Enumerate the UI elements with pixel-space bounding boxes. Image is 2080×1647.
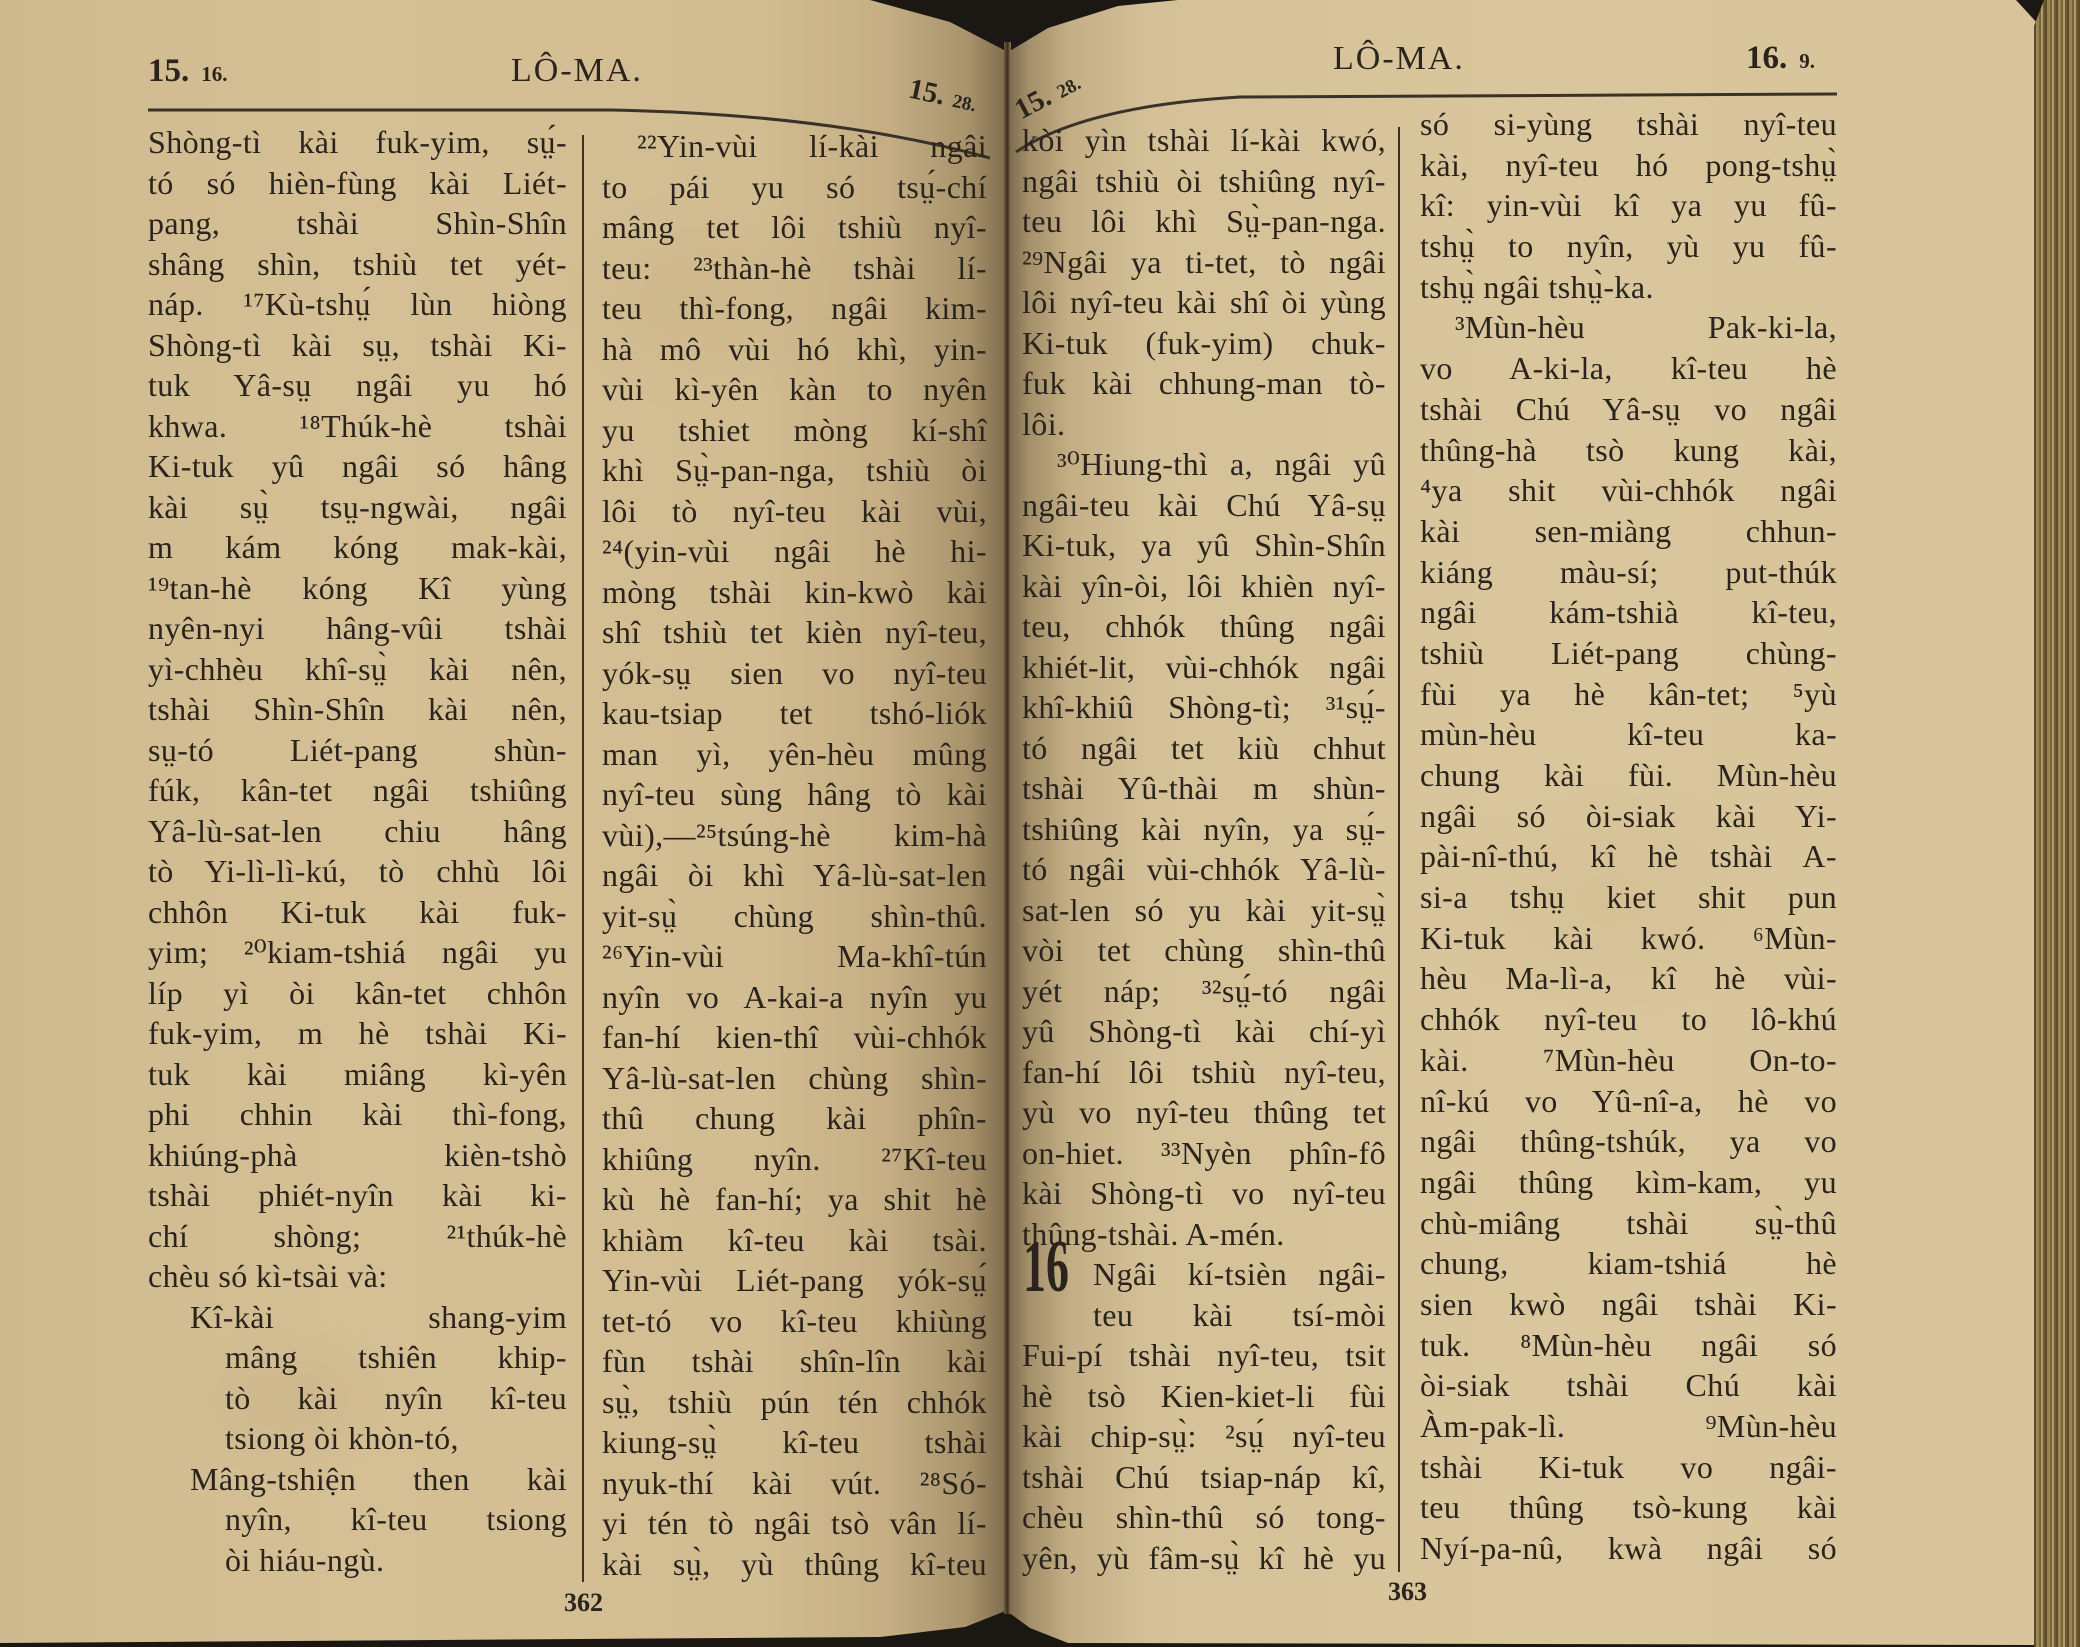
text-line: kài Shòng-tì vo nyî-teu [1022, 1173, 1386, 1214]
text-line: ²⁹Ngâi ya ti-tet, tò ngâi [1022, 242, 1386, 283]
line-text: só si-yùng tshài nyî-teu [1420, 106, 1837, 142]
line-text: náp. ¹⁷Kù-tshṳ́ lùn hiòng [148, 286, 567, 322]
page-number-right: 363 [1388, 1579, 1427, 1605]
text-line: fuk kài chhung-man tò- [1022, 363, 1386, 404]
text-line: shâng shìn, tshiù tet yét- [148, 244, 567, 285]
line-text: ngâi òi khì Yâ-lù-sat-len [602, 857, 987, 893]
text-line: ngâi thûng-tshúk, ya vo [1420, 1121, 1837, 1162]
line-text: Yâ-lù-sat-len chiu hâng [148, 813, 567, 849]
text-line: khiàm kî-teu kài tsài. [602, 1220, 987, 1261]
line-text: yên, yù fâm-sṳ̀ kî hè yu [1022, 1540, 1386, 1576]
text-line: tshài phiét-nyîn kài ki- [148, 1175, 567, 1216]
line-text: khwa. ¹⁸Thúk-hè tshài [148, 408, 567, 444]
line-text: teu thûng tsò-kung kài [1420, 1489, 1837, 1525]
line-text: shî tshiù tet kièn nyî-teu, [602, 614, 987, 650]
text-column-left-page-1: Shòng-tì kài fuk-yim, sṳ́-tó só hièn-fùn… [148, 122, 567, 1580]
text-line: kài yîn-òi, lôi khièn nyî- [1022, 566, 1386, 607]
line-text: Yâ-lù-sat-len chùng shìn- [602, 1060, 987, 1096]
header-range-start: 15. 16. [148, 55, 228, 88]
text-line: fan-hí kien-thî vùi-chhók [602, 1017, 987, 1058]
text-line: ⁴ya shit vùi-chhók ngâi [1420, 470, 1837, 511]
text-line: teu kài tsí-mòi [1022, 1295, 1386, 1336]
line-text: tó ngâi tet kiù chhut [1022, 730, 1386, 766]
text-line: lôi tò nyî-teu kài vùi, [602, 491, 987, 532]
header-end-chapter: 15. [906, 75, 947, 111]
text-line: hè tsò Kien-kiet-li fùi [1022, 1376, 1386, 1417]
text-line: kòi yìn tshài lí-kài kwó, [1022, 120, 1386, 161]
line-text: kiung-sṳ̀ kî-teu tshài [602, 1424, 987, 1460]
text-line: sṳ-tó Liét-pang shùn- [148, 730, 567, 771]
text-line: só si-yùng tshài nyî-teu [1420, 104, 1837, 145]
line-text: tshài Ki-tuk vo ngâi- [1420, 1449, 1837, 1485]
line-text: thûng-hà tsò kung kài, [1420, 432, 1837, 468]
line-text: kài sṳ̀ tsṳ-ngwài, ngâi [148, 489, 567, 525]
text-line: kài, nyî-teu hó pong-tshṳ̀ [1420, 145, 1837, 186]
line-text: ²⁹Ngâi ya ti-tet, tò ngâi [1022, 244, 1386, 280]
text-line: kau-tsiap tet tshó-liók [602, 693, 987, 734]
text-line: Ki-tuk, ya yû Shìn-Shîn [1022, 525, 1386, 566]
line-text: mâng tshiên khip- [225, 1339, 567, 1375]
line-text: fan-hí lôi tshiù nyî-teu, [1022, 1054, 1386, 1090]
line-text: Nyí-pa-nû, kwà ngâi só [1420, 1530, 1837, 1566]
text-line: náp. ¹⁷Kù-tshṳ́ lùn hiòng [148, 284, 567, 325]
line-text: ³Mùn-hèu Pak-ki-la, [1455, 309, 1837, 345]
line-text: fuk-yim, m hè tshài Ki- [148, 1015, 567, 1051]
text-line: chèu só kì-tsài và: [148, 1256, 567, 1297]
text-line: to pái yu só tsṳ́-chí [602, 167, 987, 208]
line-text: kî: yin-vùi kî ya yu fû- [1420, 187, 1837, 223]
text-line: ngâi-teu kài Chú Yâ-sṳ [1022, 485, 1386, 526]
line-text: tuk Yâ-sṳ ngâi yu hó [148, 367, 567, 403]
text-line: tsiong òi khòn-tó, [148, 1418, 567, 1459]
line-text: nyên-nyi hâng-vûi tshài [148, 610, 567, 646]
line-text: chhôn Ki-tuk kài fuk- [148, 894, 567, 930]
line-text: ngâi-teu kài Chú Yâ-sṳ [1022, 487, 1386, 523]
text-line: mâng tet lôi tshiù nyî- [602, 207, 987, 248]
line-text: kiáng màu-sí; put-thúk [1420, 554, 1837, 590]
line-text: sat-len só yu kài yit-sṳ̀ [1022, 892, 1386, 928]
line-text: fan-hí kien-thî vùi-chhók [602, 1019, 987, 1055]
column-rule [1398, 127, 1400, 1572]
line-text: tsiong òi khòn-tó, [225, 1420, 459, 1456]
line-text: yét náp; ³²sṳ́-tó ngâi [1022, 973, 1386, 1009]
line-text: tuk kài miâng kì-yên [148, 1056, 567, 1092]
line-text: yók-sṳ sien vo nyî-teu [602, 655, 987, 691]
line-text: kài yîn-òi, lôi khièn nyî- [1022, 568, 1386, 604]
chapter-number-drop-cap: 16 [1023, 1230, 1069, 1304]
text-line: yét náp; ³²sṳ́-tó ngâi [1022, 971, 1386, 1012]
text-line: nyîn, kî-teu tsiong [148, 1499, 567, 1540]
line-text: tò Yi-lì-lì-kú, tò chhù lôi [148, 853, 567, 889]
text-line: òi hiáu-ngù. [148, 1540, 567, 1581]
line-text: Kî-kài shang-yim [190, 1299, 567, 1335]
line-text: to pái yu só tsṳ́-chí [602, 169, 987, 205]
line-text: yù vo nyî-teu thûng tet [1022, 1094, 1386, 1130]
line-text: tshiù Liét-pang chùng- [1420, 635, 1837, 671]
line-text: kài sṳ̀, yù thûng kî-teu [602, 1546, 987, 1582]
line-text: nî-kú vo Yû-nî-a, hè vo [1420, 1083, 1837, 1119]
text-line: thû chung kài phîn- [602, 1098, 987, 1139]
text-line: khiét-lit, vùi-chhók ngâi [1022, 647, 1386, 688]
line-text: nyuk-thí kài vút. ²⁸Só- [602, 1465, 987, 1501]
line-text: lôi nyî-teu kài shî òi yùng [1022, 284, 1386, 320]
text-line: tshiù Liét-pang chùng- [1420, 633, 1837, 674]
line-text: òi hiáu-ngù. [225, 1542, 384, 1578]
text-line: man yì, yên-hèu mûng [602, 734, 987, 775]
text-line: sien kwò ngâi tshài Ki- [1420, 1284, 1837, 1325]
text-line: vùi),—²⁵tsúng-hè kim-hà [602, 815, 987, 856]
text-line: khî-khiû Shòng-tì; ³¹sṳ́- [1022, 687, 1386, 728]
line-text: tó só hièn-fùng kài Liét- [148, 165, 567, 201]
line-text: chèu só kì-tsài và: [148, 1258, 388, 1294]
line-text: yim; ²⁰kiam-tshiá ngâi yu [148, 934, 567, 970]
line-text: man yì, yên-hèu mûng [602, 736, 987, 772]
line-text: Ki-tuk, ya yû Shìn-Shîn [1022, 527, 1386, 563]
header-start-chapter: 15. [148, 55, 189, 88]
text-line: teu lôi khì Sṳ̀-pan-nga. [1022, 201, 1386, 242]
line-text: ngâi só òi-siak kài Yi- [1420, 798, 1837, 834]
text-line: Ki-tuk yû ngâi só hâng [148, 446, 567, 487]
text-line: tshṳ̀ to nyîn, yù yu fû- [1420, 226, 1837, 267]
text-line: vùi kì-yên kàn to nyên [602, 369, 987, 410]
text-line: tò kài nyîn kî-teu [148, 1378, 567, 1419]
line-text: ngâi thûng kìm-kam, yu [1420, 1164, 1837, 1200]
text-line: nyî-teu sùng hâng tò kài [602, 774, 987, 815]
line-text: mòng tshài kin-kwò kài [602, 574, 987, 610]
line-text: Fui-pí tshài nyî-teu, tsit [1022, 1337, 1386, 1373]
line-text: Yin-vùi Liét-pang yók-sṳ́ [602, 1262, 987, 1298]
line-text: hèu Ma-lì-a, kî hè vùi- [1420, 960, 1837, 996]
text-line: phi chhin kài thì-fong, [148, 1094, 567, 1135]
text-line: Shòng-tì kài sṳ, tshài Ki- [148, 325, 567, 366]
line-text: teu kài tsí-mòi [1093, 1297, 1386, 1333]
line-text: phi chhin kài thì-fong, [148, 1096, 567, 1132]
line-text: ²⁴(yin-vùi ngâi hè hi- [602, 533, 987, 569]
line-text: khiàm kî-teu kài tsài. [602, 1222, 987, 1258]
text-line: líp yì òi kân-tet chhôn [148, 973, 567, 1014]
text-line: ngâi tshiù òi tshiûng nyî- [1022, 161, 1386, 202]
line-text: ngâi kám-tshià kî-teu, [1420, 594, 1837, 630]
text-line: kài sṳ̀ tsṳ-ngwài, ngâi [148, 487, 567, 528]
text-column-right-page-2: só si-yùng tshài nyî-teukài, nyî-teu hó … [1420, 104, 1837, 1569]
line-text: kài sen-miàng chhun- [1420, 513, 1837, 549]
line-text: kù hè fan-hí; ya shit hè [602, 1181, 987, 1217]
text-line: Àm-pak-lì. ⁹Mùn-hèu [1420, 1406, 1837, 1447]
line-text: sṳ-tó Liét-pang shùn- [148, 732, 567, 768]
line-text: khiúng-phà kièn-tshò [148, 1137, 567, 1173]
text-line: yù vo nyî-teu thûng tet [1022, 1092, 1386, 1133]
text-line: ²⁴(yin-vùi ngâi hè hi- [602, 531, 987, 572]
line-text: hà mô vùi hó khì, yin- [602, 331, 987, 367]
text-line: chí shòng; ²¹thúk-hè [148, 1216, 567, 1257]
text-line: hà mô vùi hó khì, yin- [602, 329, 987, 370]
line-text: Ki-tuk kài kwó. ⁶Mùn- [1420, 920, 1837, 956]
text-line: yû Shòng-tì kài chí-yì [1022, 1011, 1386, 1052]
line-text: chung kài fùi. Mùn-hèu [1420, 757, 1837, 793]
line-text: líp yì òi kân-tet chhôn [148, 975, 567, 1011]
line-text: m kám kóng mak-kài, [148, 529, 567, 565]
line-text: nyîn vo A-kai-a nyîn yu [602, 979, 987, 1015]
line-text: Ngâi kí-tsièn ngâi- [1093, 1256, 1386, 1292]
line-text: lôi tò nyî-teu kài vùi, [602, 493, 987, 529]
text-line: tò Yi-lì-lì-kú, tò chhù lôi [148, 851, 567, 892]
line-text: thû chung kài phîn- [602, 1100, 987, 1136]
text-line: kài sen-miàng chhun- [1420, 511, 1837, 552]
text-line: sṳ̀, tshiù pún tén chhók [602, 1382, 987, 1423]
text-line: lôi. [1022, 404, 1386, 445]
text-line: kài sṳ̀, yù thûng kî-teu [602, 1544, 987, 1585]
text-line: yit-sṳ̀ chùng shìn-thû. [602, 896, 987, 937]
line-text: tshài Chú Yâ-sṳ vo ngâi [1420, 391, 1837, 427]
text-line: fúk, kân-tet ngâi tshiûng [148, 770, 567, 811]
line-text: tshài Yû-thài m shùn- [1022, 770, 1386, 806]
line-text: tet-tó vo kî-teu khiùng [602, 1303, 987, 1339]
text-line: tshài Ki-tuk vo ngâi- [1420, 1447, 1837, 1488]
line-text: teu lôi khì Sṳ̀-pan-nga. [1022, 203, 1386, 239]
text-line: tuk kài miâng kì-yên [148, 1054, 567, 1095]
line-text: tshài Chú tsiap-náp kî, [1022, 1459, 1386, 1495]
line-text: chèu shìn-thû só tong- [1022, 1499, 1386, 1535]
line-text: nyîn, kî-teu tsiong [225, 1501, 567, 1537]
text-line: mâng tshiên khip- [148, 1337, 567, 1378]
text-line: yi tén tò ngâi tsò vân lí- [602, 1503, 987, 1544]
text-line: tet-tó vo kî-teu khiùng [602, 1301, 987, 1342]
text-line: pang, tshài Shìn-Shîn [148, 203, 567, 244]
line-text: tshiûng kài nyîn, ya sṳ́- [1022, 811, 1386, 847]
text-line: khì Sṳ̀-pan-nga, tshiù òi [602, 450, 987, 491]
text-column-left-page-2: ²²Yin-vùi lí-kài ngâito pái yu só tsṳ́-c… [602, 126, 987, 1584]
text-line: Yâ-lù-sat-len chùng shìn- [602, 1058, 987, 1099]
text-line: ¹⁹tan-hè kóng Kî yùng [148, 568, 567, 609]
text-line: chung, kiam-tshiá hè [1420, 1243, 1837, 1284]
text-line: thûng-tshài. A-mén. [1022, 1214, 1386, 1255]
text-line: lôi nyî-teu kài shî òi yùng [1022, 282, 1386, 323]
header-end-verse: 9. [1799, 51, 1815, 72]
text-line: kiáng màu-sí; put-thúk [1420, 552, 1837, 593]
line-text: ngâi thûng-tshúk, ya vo [1420, 1123, 1837, 1159]
line-text: nyî-teu sùng hâng tò kài [602, 776, 987, 812]
text-line: chhók nyî-teu to lô-khú [1420, 999, 1837, 1040]
text-line: Shòng-tì kài fuk-yim, sṳ́- [148, 122, 567, 163]
text-line: Yin-vùi Liét-pang yók-sṳ́ [602, 1260, 987, 1301]
line-text: Shòng-tì kài sṳ, tshài Ki- [148, 327, 567, 363]
line-text: ²²Yin-vùi lí-kài ngâi [637, 128, 987, 164]
line-text: pang, tshài Shìn-Shîn [148, 205, 567, 241]
text-line: kài chip-sṳ̀: ²sṳ́ nyî-teu [1022, 1416, 1386, 1457]
line-text: yit-sṳ̀ chùng shìn-thû. [602, 898, 987, 934]
text-line: mùn-hèu kî-teu ka- [1420, 714, 1837, 755]
line-text: kài chip-sṳ̀: ²sṳ́ nyî-teu [1022, 1418, 1386, 1454]
line-text: fùi ya hè kân-tet; ⁵yù [1420, 676, 1837, 712]
text-line: Ki-tuk (fuk-yim) chuk- [1022, 323, 1386, 364]
line-text: Mâng-tshiện then kài [190, 1461, 567, 1497]
text-line: chhôn Ki-tuk kài fuk- [148, 892, 567, 933]
line-text: kài. ⁷Mùn-hèu On-to- [1420, 1042, 1837, 1078]
text-line: sat-len só yu kài yit-sṳ̀ [1022, 890, 1386, 931]
text-line: teu: ²³thàn-hè tshài lí- [602, 248, 987, 289]
text-line: nyuk-thí kài vút. ²⁸Só- [602, 1463, 987, 1504]
header-end-chapter: 16. [1746, 42, 1787, 75]
text-line: teu, chhók thûng ngâi [1022, 606, 1386, 647]
text-line: fùn tshài shîn-lîn kài [602, 1341, 987, 1382]
text-line: fan-hí lôi tshiù nyî-teu, [1022, 1052, 1386, 1093]
text-line: tshài Yû-thài m shùn- [1022, 768, 1386, 809]
line-text: tshài phiét-nyîn kài ki- [148, 1177, 567, 1213]
line-text: kòi yìn tshài lí-kài kwó, [1022, 122, 1386, 158]
text-line: chèu shìn-thû só tong- [1022, 1497, 1386, 1538]
text-line: ngâi òi khì Yâ-lù-sat-len [602, 855, 987, 896]
text-line: tshṳ̀ ngâi tshṳ̀-ka. [1420, 267, 1837, 308]
text-line: yu tshiet mòng kí-shî [602, 410, 987, 451]
line-text: fúk, kân-tet ngâi tshiûng [148, 772, 567, 808]
text-line: mòng tshài kin-kwò kài [602, 572, 987, 613]
line-text: vo A-ki-la, kî-teu hè [1420, 350, 1837, 386]
text-line: teu thûng tsò-kung kài [1420, 1487, 1837, 1528]
line-text: Ki-tuk (fuk-yim) chuk- [1022, 325, 1386, 361]
text-line: Ki-tuk kài kwó. ⁶Mùn- [1420, 918, 1837, 959]
line-text: Ki-tuk yû ngâi só hâng [148, 448, 567, 484]
line-text: Àm-pak-lì. ⁹Mùn-hèu [1420, 1408, 1837, 1444]
text-line: teu thì-fong, ngâi kim- [602, 288, 987, 329]
text-line: tshiûng kài nyîn, ya sṳ́- [1022, 809, 1386, 850]
text-line: nyên-nyi hâng-vûi tshài [148, 608, 567, 649]
text-line: tó ngâi vùi-chhók Yâ-lù- [1022, 849, 1386, 890]
text-line: nî-kú vo Yû-nî-a, hè vo [1420, 1081, 1837, 1122]
line-text: ¹⁹tan-hè kóng Kî yùng [148, 570, 567, 606]
text-line: tshài Shìn-Shîn kài nên, [148, 689, 567, 730]
line-text: kài Shòng-tì vo nyî-teu [1022, 1175, 1386, 1211]
line-text: sṳ̀, tshiù pún tén chhók [602, 1384, 987, 1420]
line-text: fuk kài chhung-man tò- [1022, 365, 1386, 401]
text-line: ²⁶Yin-vùi Ma-khî-tún [602, 936, 987, 977]
text-line: kî: yin-vùi kî ya yu fû- [1420, 185, 1837, 226]
text-line: khwa. ¹⁸Thúk-hè tshài [148, 406, 567, 447]
text-line: Ngâi kí-tsièn ngâi- [1022, 1254, 1386, 1295]
line-text: tshài Shìn-Shîn kài nên, [148, 691, 567, 727]
header-start-verse: 16. [201, 64, 227, 85]
line-text: ngâi tshiù òi tshiûng nyî- [1022, 163, 1386, 199]
line-text: teu, chhók thûng ngâi [1022, 608, 1386, 644]
text-line: Fui-pí tshài nyî-teu, tsit [1022, 1335, 1386, 1376]
line-text: khì Sṳ̀-pan-nga, tshiù òi [602, 452, 987, 488]
text-line: hèu Ma-lì-a, kî hè vùi- [1420, 958, 1837, 999]
text-line: ³Mùn-hèu Pak-ki-la, [1420, 307, 1837, 348]
text-line: tó ngâi tet kiù chhut [1022, 728, 1386, 769]
text-line: Kî-kài shang-yim [148, 1297, 567, 1338]
text-line: vòi tet chùng shìn-thû [1022, 930, 1386, 971]
text-line: yì-chhèu khî-sṳ̀ kài nên, [148, 649, 567, 690]
page-title: LÔ-MA. [511, 54, 643, 88]
text-column-right-page-1: kòi yìn tshài lí-kài kwó,ngâi tshiù òi t… [1022, 120, 1386, 1578]
text-line: kài. ⁷Mùn-hèu On-to- [1420, 1040, 1837, 1081]
line-text: chù-miâng tshài sṳ̀-thû [1420, 1205, 1837, 1241]
line-text: sien kwò ngâi tshài Ki- [1420, 1286, 1837, 1322]
text-line: ngâi só òi-siak kài Yi- [1420, 796, 1837, 837]
line-text: mâng tet lôi tshiù nyî- [602, 209, 987, 245]
text-line: ²²Yin-vùi lí-kài ngâi [602, 126, 987, 167]
line-text: kau-tsiap tet tshó-liók [602, 695, 987, 731]
line-text: khiûng nyîn. ²⁷Kî-teu [602, 1141, 987, 1177]
text-line: pài-nî-thú, kî hè tshài A- [1420, 836, 1837, 877]
text-line: tshài Chú Yâ-sṳ vo ngâi [1420, 389, 1837, 430]
line-text: khî-khiû Shòng-tì; ³¹sṳ́- [1022, 689, 1386, 725]
book-spread: 15. 16. LÔ-MA. 15. 28. 15. 28. LÔ-MA. 16… [0, 0, 2080, 1647]
line-text: ³⁰Hiung-thì a, ngâi yû [1057, 446, 1386, 482]
text-line: nyîn vo A-kai-a nyîn yu [602, 977, 987, 1018]
text-line: fuk-yim, m hè tshài Ki- [148, 1013, 567, 1054]
text-line: tshài Chú tsiap-náp kî, [1022, 1457, 1386, 1498]
line-text: on-hiet. ³³Nyèn phîn-fô [1022, 1135, 1386, 1171]
line-text: Shòng-tì kài fuk-yim, sṳ́- [148, 124, 567, 160]
text-line: yók-sṳ sien vo nyî-teu [602, 653, 987, 694]
line-text: shâng shìn, tshiù tet yét- [148, 246, 567, 282]
line-text: mùn-hèu kî-teu ka- [1420, 716, 1837, 752]
line-text: ²⁶Yin-vùi Ma-khî-tún [602, 938, 987, 974]
line-text: chung, kiam-tshiá hè [1420, 1245, 1837, 1281]
line-text: yi tén tò ngâi tsò vân lí- [602, 1505, 987, 1541]
text-line: si-a tshṳ kiet shit pun [1420, 877, 1837, 918]
text-line: khiúng-phà kièn-tshò [148, 1135, 567, 1176]
line-text: hè tsò Kien-kiet-li fùi [1022, 1378, 1386, 1414]
line-text: tò kài nyîn kî-teu [225, 1380, 567, 1416]
line-text: pài-nî-thú, kî hè tshài A- [1420, 838, 1837, 874]
text-line: thûng-hà tsò kung kài, [1420, 430, 1837, 471]
text-line: tó só hièn-fùng kài Liét- [148, 163, 567, 204]
text-line: khiûng nyîn. ²⁷Kî-teu [602, 1139, 987, 1180]
line-text: lôi. [1022, 406, 1065, 442]
line-text: chí shòng; ²¹thúk-hè [148, 1218, 567, 1254]
text-line: shî tshiù tet kièn nyî-teu, [602, 612, 987, 653]
text-line: yên, yù fâm-sṳ̀ kî hè yu [1022, 1538, 1386, 1579]
line-text: teu: ²³thàn-hè tshài lí- [602, 250, 987, 286]
text-line: kù hè fan-hí; ya shit hè [602, 1179, 987, 1220]
line-text: vùi kì-yên kàn to nyên [602, 371, 987, 407]
text-line: yim; ²⁰kiam-tshiá ngâi yu [148, 932, 567, 973]
line-text: chhók nyî-teu to lô-khú [1420, 1001, 1837, 1037]
text-line: Mâng-tshiện then kài [148, 1459, 567, 1500]
page-number-left: 362 [564, 1590, 603, 1616]
text-line: tuk. ⁸Mùn-hèu ngâi só [1420, 1325, 1837, 1366]
line-text: tó ngâi vùi-chhók Yâ-lù- [1022, 851, 1386, 887]
line-text: tshṳ̀ to nyîn, yù yu fû- [1420, 228, 1837, 264]
text-line: kiung-sṳ̀ kî-teu tshài [602, 1422, 987, 1463]
text-line: ³⁰Hiung-thì a, ngâi yû [1022, 444, 1386, 485]
text-line: on-hiet. ³³Nyèn phîn-fô [1022, 1133, 1386, 1174]
text-line: chù-miâng tshài sṳ̀-thû [1420, 1203, 1837, 1244]
line-text: si-a tshṳ kiet shit pun [1420, 879, 1837, 915]
text-line: vo A-ki-la, kî-teu hè [1420, 348, 1837, 389]
line-text: yu tshiet mòng kí-shî [602, 412, 987, 448]
text-line: tuk Yâ-sṳ ngâi yu hó [148, 365, 567, 406]
line-text: khiét-lit, vùi-chhók ngâi [1022, 649, 1386, 685]
line-text: tshṳ̀ ngâi tshṳ̀-ka. [1420, 269, 1654, 305]
header-range-end: 16. 9. [1746, 42, 1815, 75]
line-text: ⁴ya shit vùi-chhók ngâi [1420, 472, 1837, 508]
text-line: òi-siak tshài Chú kài [1420, 1365, 1837, 1406]
line-text: fùn tshài shîn-lîn kài [602, 1343, 987, 1379]
line-text: òi-siak tshài Chú kài [1420, 1367, 1837, 1403]
line-text: kài, nyî-teu hó pong-tshṳ̀ [1420, 147, 1837, 183]
text-line: ngâi thûng kìm-kam, yu [1420, 1162, 1837, 1203]
line-text: yì-chhèu khî-sṳ̀ kài nên, [148, 651, 567, 687]
text-line: Nyí-pa-nû, kwà ngâi só [1420, 1528, 1837, 1569]
line-text: vòi tet chùng shìn-thû [1022, 932, 1386, 968]
text-line: fùi ya hè kân-tet; ⁵yù [1420, 674, 1837, 715]
line-text: yû Shòng-tì kài chí-yì [1022, 1013, 1386, 1049]
line-text: tuk. ⁸Mùn-hèu ngâi só [1420, 1327, 1837, 1363]
column-rule [582, 135, 584, 1582]
text-line: m kám kóng mak-kài, [148, 527, 567, 568]
